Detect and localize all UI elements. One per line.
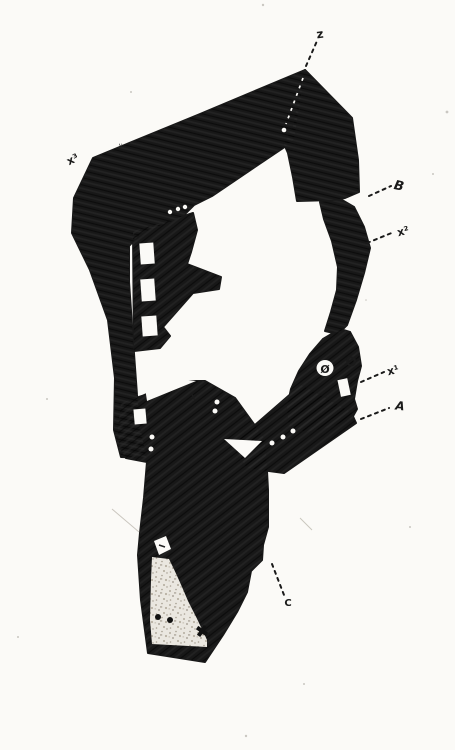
label-x2: x²: [396, 224, 411, 240]
dot: [270, 441, 275, 446]
stipple-dot-2: [167, 617, 173, 623]
label-x3: x³: [65, 151, 82, 168]
label-a: A: [394, 398, 406, 413]
gap-slot-3: [141, 315, 157, 336]
gap-slot-band: [133, 409, 146, 425]
label-c: C: [284, 598, 291, 609]
leader-a: [361, 408, 389, 419]
hatch-strip: [320, 200, 370, 334]
dot: [213, 409, 218, 414]
hand-drawn-site-plan: z x³ B x² Ø Ø x¹ A C ı· x: [0, 0, 455, 750]
dot: [183, 205, 187, 209]
leader-x1: [361, 372, 384, 382]
gap-slot-1: [139, 243, 154, 265]
label-phi-inner: Ø: [320, 363, 330, 376]
label-b: B: [392, 178, 405, 195]
dot: [150, 435, 155, 440]
leader-z: [306, 41, 317, 66]
label-x1: x¹: [386, 363, 401, 379]
dot: [149, 447, 154, 452]
pencil-line: [112, 509, 139, 532]
scanned-paper-page: z x³ B x² Ø Ø x¹ A C ı· x: [0, 0, 455, 750]
gap-slot-2: [140, 279, 156, 302]
label-z: z: [315, 27, 324, 42]
leader-c: [272, 564, 284, 595]
leader-b: [369, 186, 391, 196]
label-phi-outer: Ø: [344, 354, 357, 370]
z-inner-endpoint: [282, 128, 287, 133]
dot: [281, 435, 286, 440]
dot: [176, 207, 180, 211]
stipple-dot-1: [155, 614, 161, 620]
dot: [168, 210, 172, 214]
pencil-scratch: [300, 518, 312, 530]
dot: [291, 429, 296, 434]
dot: [215, 400, 220, 405]
leader-x2: [367, 232, 394, 243]
